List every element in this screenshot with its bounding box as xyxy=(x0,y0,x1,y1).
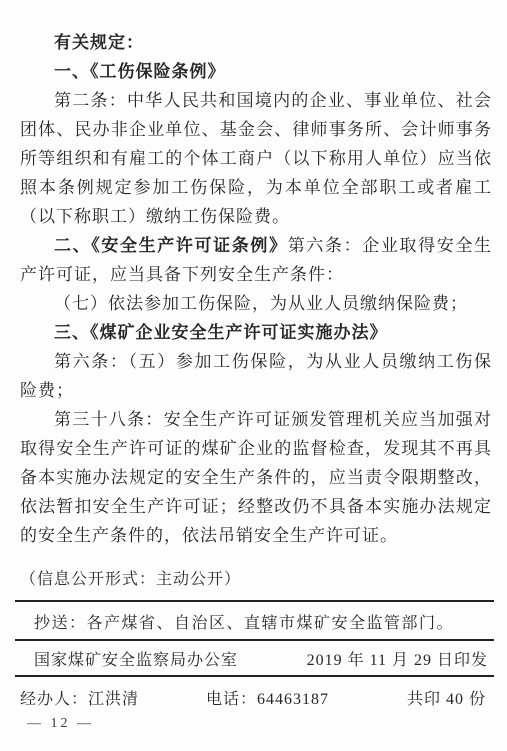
article-2-paragraph: 第二条：中华人民共和国境内的企业、事业单位、社会团体、民办非企业单位、基金会、律… xyxy=(20,86,492,231)
copy-to-row: 抄送：各产煤省、自治区、直辖市煤矿安全监管部门。 xyxy=(34,610,490,633)
regulation-2-title: 二、《安全生产许可证条例》 xyxy=(54,236,288,255)
document-body: 有关规定： 一、《工伤保险条例》 第二条：中华人民共和国境内的企业、事业单位、社… xyxy=(20,28,492,550)
footer-divider-middle xyxy=(15,639,494,641)
handler-name: 经办人：江洪清 xyxy=(20,686,206,709)
page-number: — 12 — xyxy=(27,716,94,732)
document-page: 有关规定： 一、《工伤保险条例》 第二条：中华人民共和国境内的企业、事业单位、社… xyxy=(0,0,507,751)
handler-row: 经办人：江洪清 电话：64463187 共印 40 份 xyxy=(20,686,486,709)
issue-row: 国家煤矿安全监察局办公室 2019 年 11 月 29 日印发 xyxy=(34,647,488,670)
article-6-paragraph: 第六条：（五）参加工伤保险，为从业人员缴纳工伤保险费； xyxy=(20,347,492,405)
item-7-paragraph: （七）依法参加工伤保险，为从业人员缴纳保险费； xyxy=(20,289,492,318)
section-heading: 有关规定： xyxy=(20,28,492,57)
disclosure-note: （信息公开形式：主动公开） xyxy=(20,566,241,589)
print-date: 2019 年 11 月 29 日印发 xyxy=(307,647,488,670)
article-38-paragraph: 第三十八条：安全生产许可证颁发管理机关应当加强对取得安全生产许可证的煤矿企业的监… xyxy=(20,405,492,550)
phone-number: 电话：64463187 xyxy=(206,686,407,709)
issuing-office: 国家煤矿安全监察局办公室 xyxy=(34,647,238,670)
regulation-3-title: 三、《煤矿企业安全生产许可证实施办法》 xyxy=(20,318,492,347)
regulation-1-title: 一、《工伤保险条例》 xyxy=(20,57,492,86)
regulation-2-paragraph: 二、《安全生产许可证条例》第六条：企业取得安全生产许可证，应当具备下列安全生产条… xyxy=(20,231,492,289)
footer-divider-bottom xyxy=(15,675,494,677)
print-copies: 共印 40 份 xyxy=(407,686,486,709)
footer-divider-top xyxy=(15,600,494,602)
